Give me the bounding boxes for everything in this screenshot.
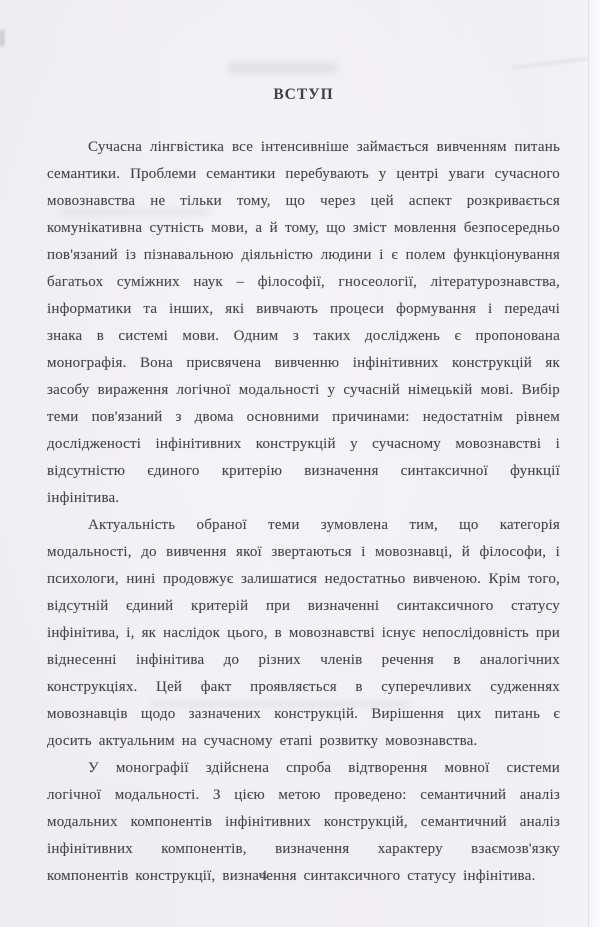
paragraph-1: Сучасна лінгвістика все інтенсивніше зай… bbox=[47, 134, 560, 512]
scan-edge-mark bbox=[0, 30, 4, 46]
scan-bleedthrough-artifact bbox=[228, 62, 338, 74]
text-block: ВСТУП Сучасна лінгвістика все інтенсивні… bbox=[47, 86, 560, 890]
scanned-book-page: ВСТУП Сучасна лінгвістика все інтенсивні… bbox=[0, 0, 600, 927]
page-number: 4 bbox=[0, 868, 527, 885]
paragraph-2: Актуальність обраної теми зумовлена тим,… bbox=[47, 512, 560, 755]
chapter-title: ВСТУП bbox=[47, 86, 560, 104]
scan-line-artifact bbox=[512, 57, 590, 68]
paper-right-edge bbox=[588, 0, 600, 927]
